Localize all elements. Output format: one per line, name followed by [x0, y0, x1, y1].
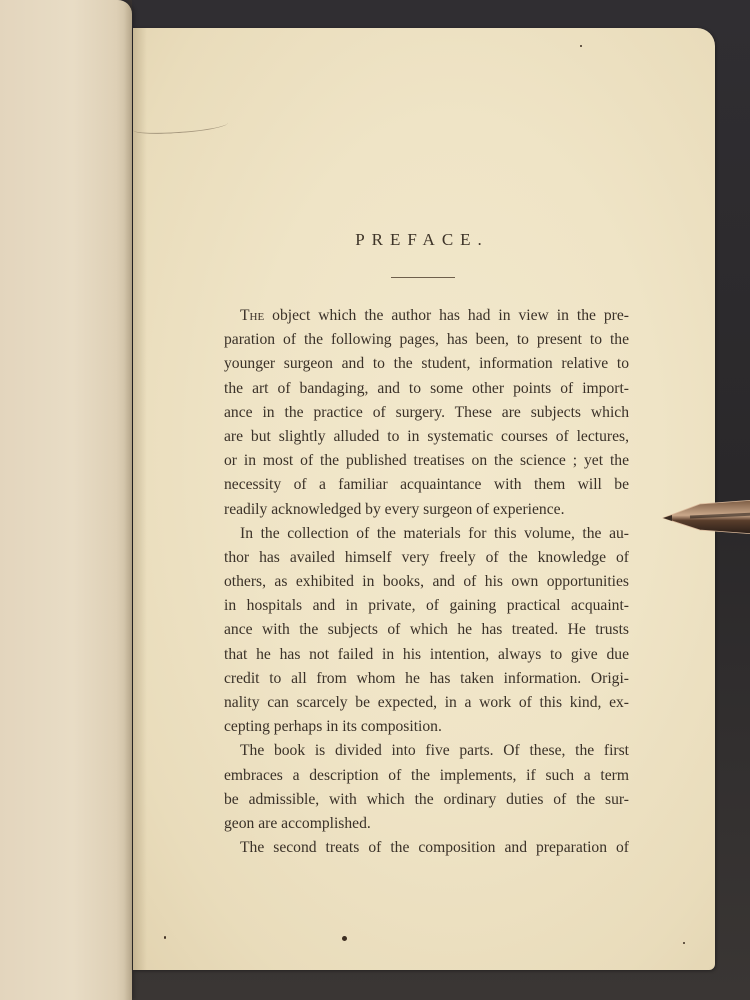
page-title: PREFACE.	[133, 230, 711, 250]
foxing-spot	[342, 936, 347, 941]
text-line: ance with the subjects of which he has t…	[224, 618, 629, 642]
preface-body: The object which the author has had in v…	[224, 304, 629, 860]
text-line: The book is divided into five parts. Of …	[224, 739, 629, 763]
text-line: be admissible, with which the ordinary d…	[224, 788, 629, 812]
text-line: cepting perhaps in its composition.	[224, 715, 629, 739]
foxing-spot	[580, 45, 582, 47]
text-line: ance in the practice of surgery. These a…	[224, 401, 629, 425]
foxing-spot	[683, 942, 685, 944]
text-line: In the collection of the materials for t…	[224, 522, 629, 546]
text-line: others, as exhibited in books, and of hi…	[224, 570, 629, 594]
foxing-spot	[164, 936, 166, 939]
text-line: thor has availed himself very freely of …	[224, 546, 629, 570]
text-line: necessity of a familiar acquaintance wit…	[224, 473, 629, 497]
text-line: in hospitals and in private, of gaining …	[224, 594, 629, 618]
text-line: or in most of the published treatises on…	[224, 449, 629, 473]
title-rule	[391, 277, 455, 278]
gutter-shadow	[133, 28, 147, 970]
text-line: are but slightly alluded to in systemati…	[224, 425, 629, 449]
text-line: paration of the following pages, has bee…	[224, 328, 629, 352]
text-line: nality can scarcely be expected, in a wo…	[224, 691, 629, 715]
text-line: embraces a description of the implements…	[224, 764, 629, 788]
text-line: credit to all from whom he has taken inf…	[224, 667, 629, 691]
text-line: younger surgeon and to the student, info…	[224, 352, 629, 376]
text-line: geon are accomplished.	[224, 812, 629, 836]
text-line: The object which the author has had in v…	[224, 304, 629, 328]
book-page: PREFACE. The object which the author has…	[133, 28, 715, 970]
left-facing-page	[0, 0, 132, 1000]
paper-crease	[133, 118, 229, 136]
text-line: the art of bandaging, and to some other …	[224, 377, 629, 401]
text-line: readily acknowledged by every surgeon of…	[224, 498, 629, 522]
pencil-tip-icon	[660, 496, 750, 536]
text-line: that he has not failed in his intention,…	[224, 643, 629, 667]
text-line: The second treats of the composition and…	[224, 836, 629, 860]
drop-lead: The	[240, 307, 264, 324]
